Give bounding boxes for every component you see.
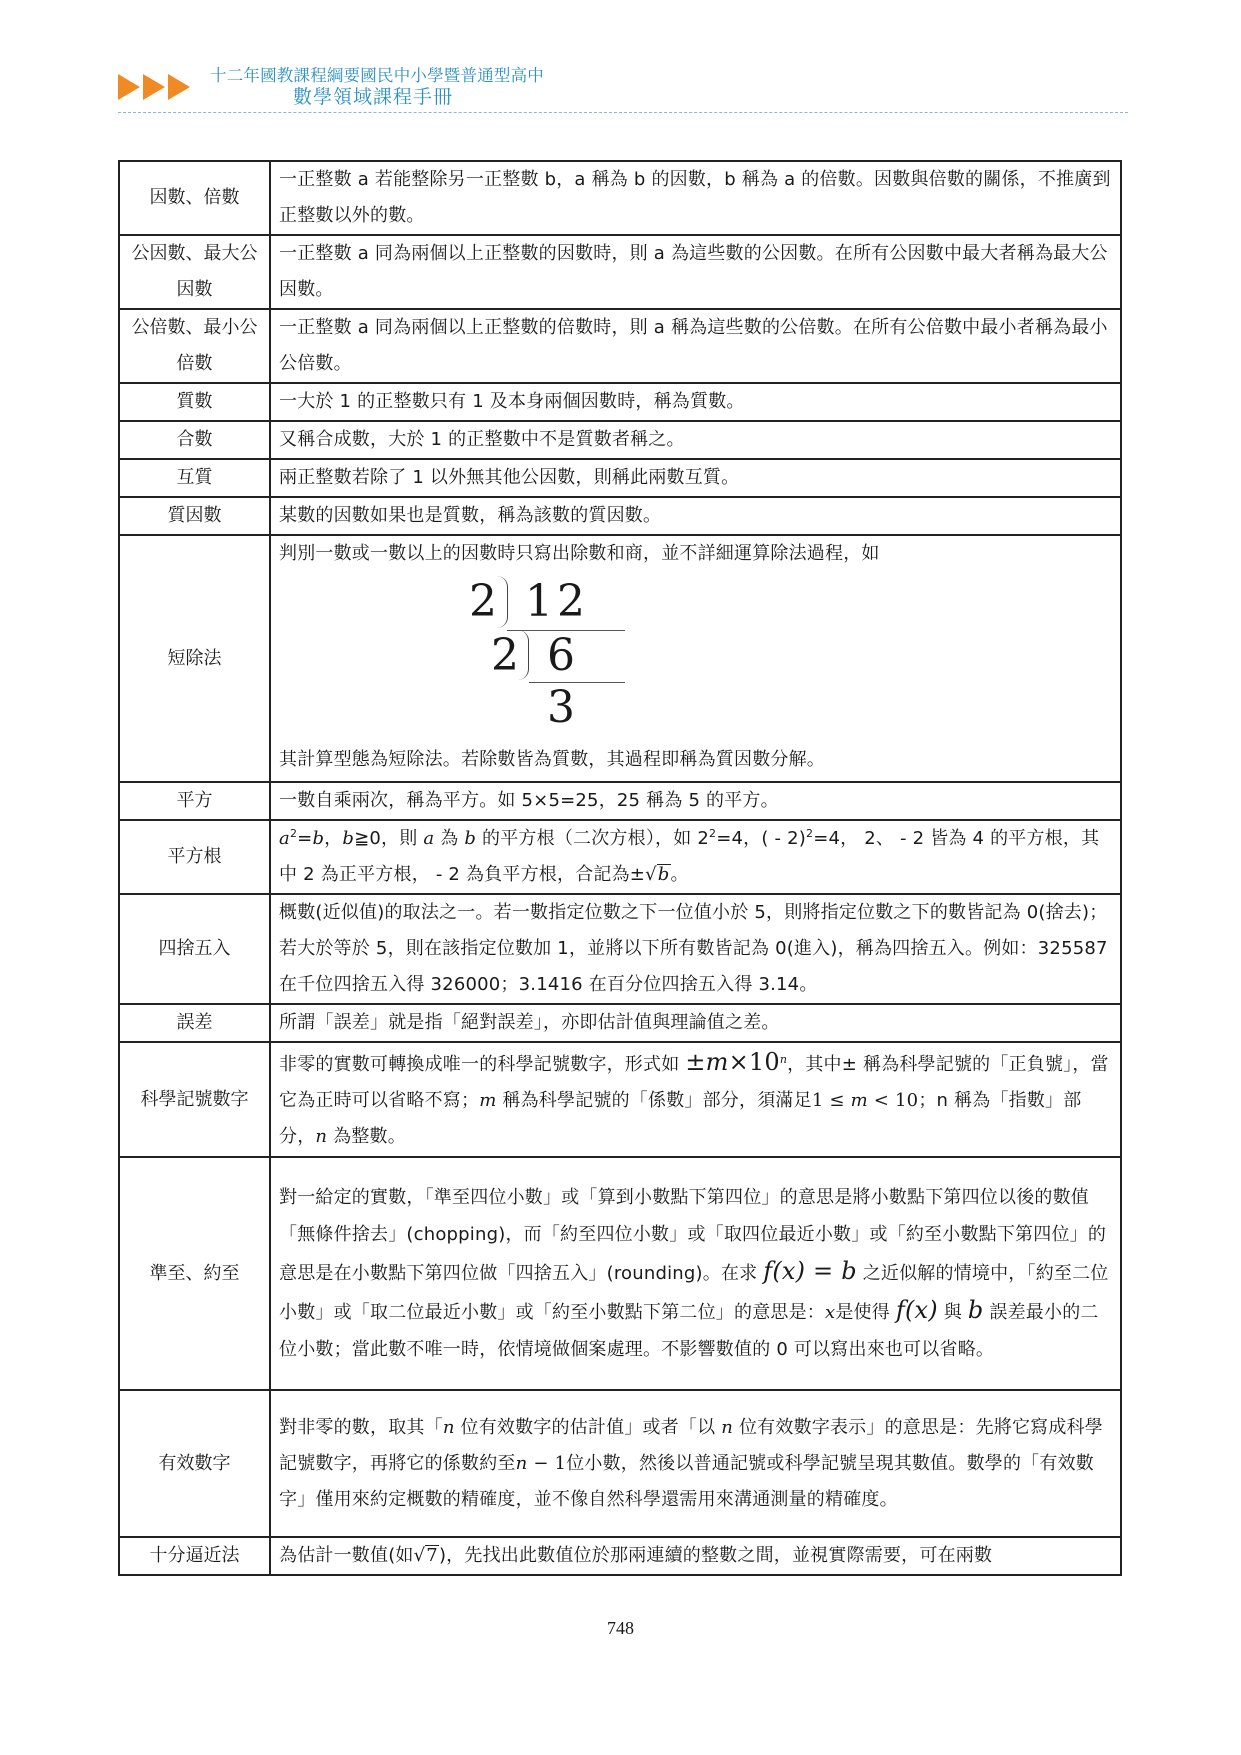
- division-line-2: [529, 682, 625, 683]
- table-row: 誤差 所謂「誤差」就是指「絕對誤差」，亦即估計值與理論值之差。: [119, 1004, 1121, 1042]
- term-cell: 平方根: [119, 820, 270, 894]
- term-cell: 質因數: [119, 497, 270, 535]
- definition-cell: 一數自乘兩次，稱為平方。如 5×5=25，25 稱為 5 的平方。: [270, 782, 1121, 820]
- definition-cell: 判別一數或一數以上的因數時只寫出除數和商，並不詳細運算除法過程，如 2 12 2…: [270, 535, 1121, 782]
- definition-cell: 某數的因數如果也是質數，稱為該數的質因數。: [270, 497, 1121, 535]
- table-row: 互質 兩正整數若除了 1 以外無其他公因數，則稱此兩數互質。: [119, 459, 1121, 497]
- definition-cell: 一大於 1 的正整數只有 1 及本身兩個因數時，稱為質數。: [270, 383, 1121, 421]
- definition-cell: a2=b，b≧0，則 a 為 b 的平方根（二次方根），如 22=4，( - 2…: [270, 820, 1121, 894]
- definition-cell: 所謂「誤差」就是指「絕對誤差」，亦即估計值與理論值之差。: [270, 1004, 1121, 1042]
- page-number: 748: [0, 1618, 1241, 1639]
- table-row: 十分逼近法 為估計一數值(如√7)，先找出此數值位於那兩連續的整數之間，並視實際…: [119, 1537, 1121, 1575]
- division-bracket-1: [497, 576, 508, 628]
- sqrt-icon: √: [414, 1545, 426, 1566]
- definition-cell: 概數(近似值)的取法之一。若一數指定位數之下一位值小於 5，則將指定位數之下的數…: [270, 894, 1121, 1004]
- term-cell: 誤差: [119, 1004, 270, 1042]
- table-row: 合數 又稱合成數，大於 1 的正整數中不是質數者稱之。: [119, 421, 1121, 459]
- definition-cell: 兩正整數若除了 1 以外無其他公因數，則稱此兩數互質。: [270, 459, 1121, 497]
- definition-cell: 非零的實數可轉換成唯一的科學記號數字，形式如 ±m×10n，其中± 稱為科學記號…: [270, 1042, 1121, 1157]
- divisor-1: 2: [469, 580, 497, 624]
- definition-cell: 對非零的數，取其「n 位有效數字的估計值」或者「以 n 位有效數字表示」的意思是…: [270, 1390, 1121, 1537]
- definition-cell: 一正整數 a 同為兩個以上正整數的因數時，則 a 為這些數的公因數。在所有公因數…: [270, 235, 1121, 309]
- term-cell: 合數: [119, 421, 270, 459]
- table-row: 科學記號數字 非零的實數可轉換成唯一的科學記號數字，形式如 ±m×10n，其中±…: [119, 1042, 1121, 1157]
- divisor-2: 2: [491, 634, 519, 678]
- definition-cell: 對一給定的實數，「準至四位小數」或「算到小數點下第四位」的意思是將小數點下第四位…: [270, 1157, 1121, 1390]
- term-cell: 質數: [119, 383, 270, 421]
- definition-cell: 一正整數 a 同為兩個以上正整數的倍數時，則 a 稱為這些數的公倍數。在所有公倍…: [270, 309, 1121, 383]
- term-cell: 公因數、最大公因數: [119, 235, 270, 309]
- page-header: 十二年國教課程綱要國民中小學暨普通型高中 數學領域課程手冊: [118, 58, 1128, 116]
- term-cell: 平方: [119, 782, 270, 820]
- short-division-diagram: 2 12 2 6 3: [459, 572, 759, 742]
- table-row: 平方根 a2=b，b≧0，則 a 為 b 的平方根（二次方根），如 22=4，(…: [119, 820, 1121, 894]
- definition-cell: 一正整數 a 若能整除另一正整數 b，a 稱為 b 的因數，b 稱為 a 的倍數…: [270, 161, 1121, 235]
- term-cell: 科學記號數字: [119, 1042, 270, 1157]
- term-cell: 十分逼近法: [119, 1537, 270, 1575]
- term-cell: 四捨五入: [119, 894, 270, 1004]
- definition-cell: 為估計一數值(如√7)，先找出此數值位於那兩連續的整數之間，並視實際需要，可在兩…: [270, 1537, 1121, 1575]
- definition-cell: 又稱合成數，大於 1 的正整數中不是質數者稱之。: [270, 421, 1121, 459]
- header-handbook-title: 數學領域課程手冊: [293, 82, 453, 109]
- table-row: 因數、倍數 一正整數 a 若能整除另一正整數 b，a 稱為 b 的因數，b 稱為…: [119, 161, 1121, 235]
- table-row: 公倍數、最小公倍數 一正整數 a 同為兩個以上正整數的倍數時，則 a 稱為這些數…: [119, 309, 1121, 383]
- term-cell: 因數、倍數: [119, 161, 270, 235]
- term-cell: 短除法: [119, 535, 270, 782]
- definition-conclusion: 其計算型態為短除法。若除數皆為質數，其過程即稱為質因數分解。: [279, 742, 1112, 778]
- glossary-table: 因數、倍數 一正整數 a 若能整除另一正整數 b，a 稱為 b 的因數，b 稱為…: [118, 160, 1122, 1576]
- term-cell: 互質: [119, 459, 270, 497]
- table-row: 有效數字 對非零的數，取其「n 位有效數字的估計值」或者「以 n 位有效數字表示…: [119, 1390, 1121, 1537]
- table-row: 準至、約至 對一給定的實數，「準至四位小數」或「算到小數點下第四位」的意思是將小…: [119, 1157, 1121, 1390]
- table-row: 四捨五入 概數(近似值)的取法之一。若一數指定位數之下一位值小於 5，則將指定位…: [119, 894, 1121, 1004]
- sqrt-icon: √: [645, 864, 657, 885]
- table-row: 公因數、最大公因數 一正整數 a 同為兩個以上正整數的因數時，則 a 為這些數的…: [119, 235, 1121, 309]
- dividend-2: 6: [547, 634, 575, 678]
- term-cell: 有效數字: [119, 1390, 270, 1537]
- table-row: 質數 一大於 1 的正整數只有 1 及本身兩個因數時，稱為質數。: [119, 383, 1121, 421]
- term-cell: 準至、約至: [119, 1157, 270, 1390]
- triple-arrow-icon: [118, 74, 190, 104]
- division-bracket-2: [518, 630, 529, 680]
- table-row: 短除法 判別一數或一數以上的因數時只寫出除數和商，並不詳細運算除法過程，如 2 …: [119, 535, 1121, 782]
- term-cell: 公倍數、最小公倍數: [119, 309, 270, 383]
- table-row: 平方 一數自乘兩次，稱為平方。如 5×5=25，25 稱為 5 的平方。: [119, 782, 1121, 820]
- dividend-1: 12: [525, 580, 589, 624]
- definition-intro: 判別一數或一數以上的因數時只寫出除數和商，並不詳細運算除法過程，如: [279, 536, 1112, 572]
- header-divider: [118, 112, 1128, 113]
- table-row: 質因數 某數的因數如果也是質數，稱為該數的質因數。: [119, 497, 1121, 535]
- quotient: 3: [547, 686, 575, 730]
